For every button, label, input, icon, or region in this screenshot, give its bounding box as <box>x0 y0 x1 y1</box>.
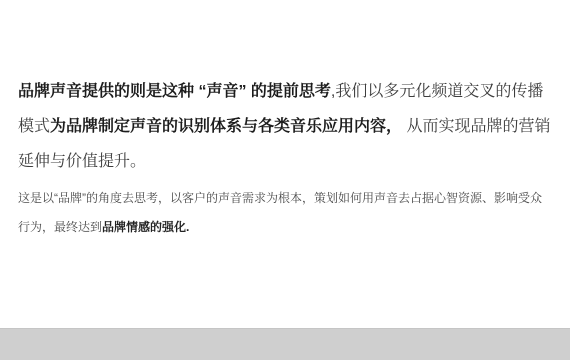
text-segment: 这是以“品牌”的角度去思考，以客户的声音需求为根本，策划如何用声音去占据心智资源… <box>18 191 542 234</box>
footer-bar <box>0 328 570 360</box>
text-segment: 品牌声音提供的则是这种 “声音” 的提前思考 <box>18 83 331 100</box>
document-page: 品牌声音提供的则是这种 “声音” 的提前思考,我们以多元化频道交叉的传播模式为品… <box>0 0 570 360</box>
paragraph-lead: 品牌声音提供的则是这种 “声音” 的提前思考,我们以多元化频道交叉的传播模式为品… <box>18 74 552 179</box>
text-segment: 品牌情感的强化. <box>102 220 189 234</box>
paragraph-body: 这是以“品牌”的角度去思考，以客户的声音需求为根本，策划如何用声音去占据心智资源… <box>18 184 552 242</box>
text-segment: 为品牌制定声音的识别体系与各类音乐应用内容， <box>50 118 402 135</box>
text-content: 品牌声音提供的则是这种 “声音” 的提前思考,我们以多元化频道交叉的传播模式为品… <box>18 0 552 242</box>
